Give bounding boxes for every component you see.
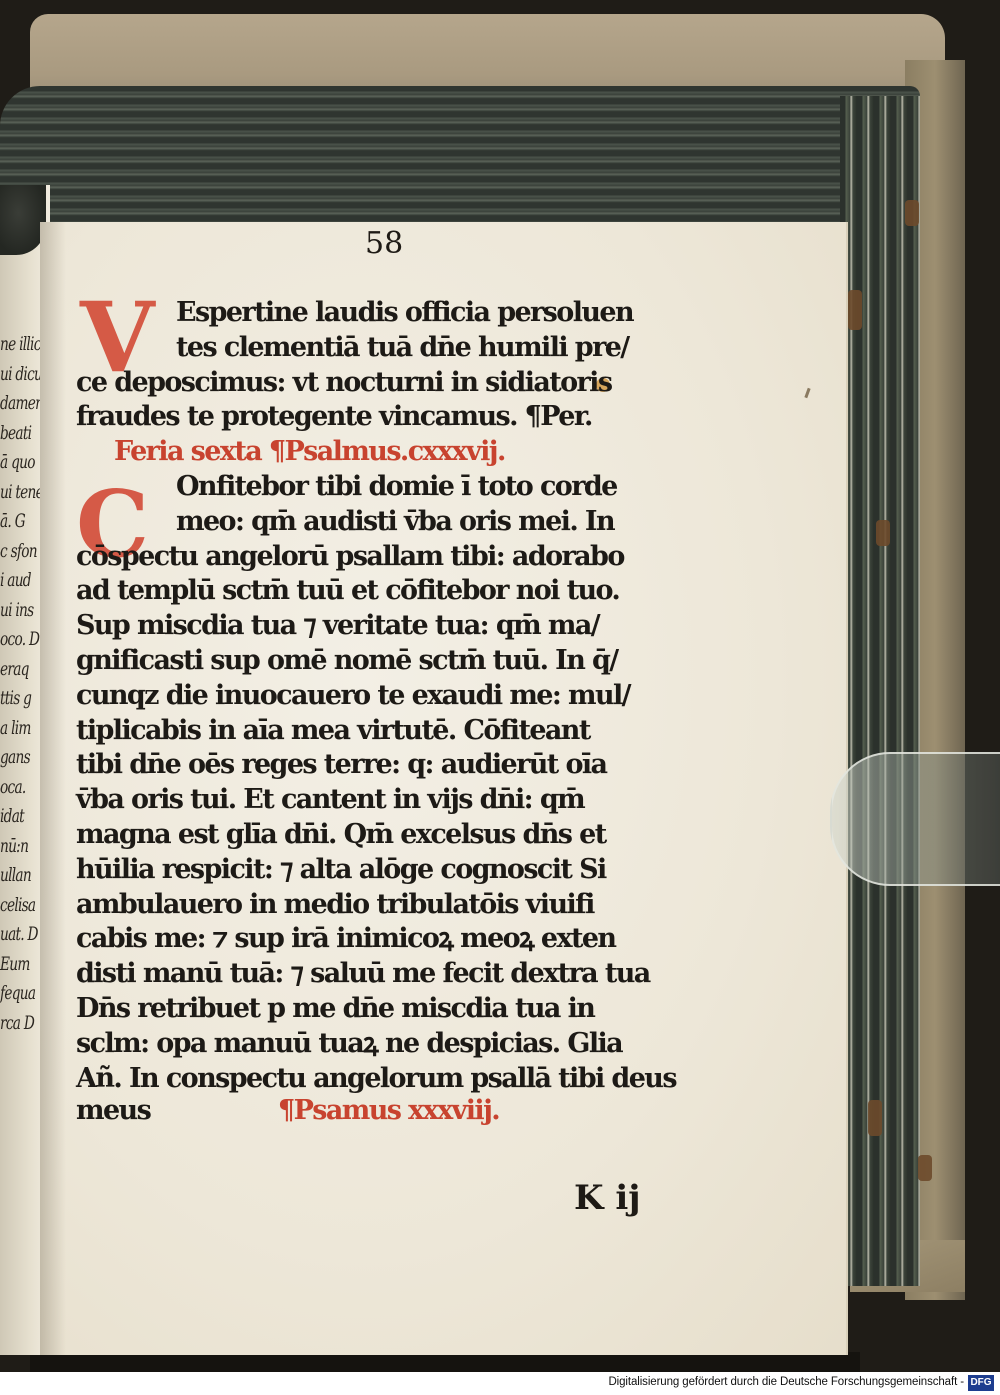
glass-clasp [830,752,1000,886]
text-line: magna est glīa dn̄i. Qm̄ excelsus dn̄s e… [76,818,706,853]
left-line: beati [0,419,35,449]
text-line: cōspectu angelorū psallam tibi: adorabo [76,540,706,575]
page-edges-top [0,86,920,226]
left-line: fequa [0,979,35,1009]
left-line: gans [0,743,35,773]
rubric-heading: Feria sexta ¶Psalmus.cxxxvij. [76,435,706,470]
left-line: idat [0,802,35,832]
page-text: Espertine laudis officia persoluen tes c… [76,296,706,1126]
folio-number: 58 [365,226,403,261]
text-line: ce deposcimus: vt nocturni in sidiatoris [76,366,706,401]
rust-stain [918,1155,932,1181]
left-line: oca. [0,773,35,803]
left-line: ui dicun [0,360,35,390]
gutter-shadow [40,222,66,1355]
text-line: sclm: opa manuū tuaꝝ ne despicias. Glia [76,1027,706,1062]
left-line: a lim [0,714,35,744]
left-line: eraq [0,655,35,685]
text-line: Espertine laudis officia persoluen [76,296,706,331]
text-line: cabis me: ⁊ sup irā inimicoꝝ meoꝝ exten [76,922,706,957]
text-line: tibi dn̄e oēs reges terre: q: audierūt o… [76,748,706,783]
left-line: Eum [0,950,35,980]
text-line: v̄ba oris tui. Et cantent in vijs dn̄i: … [76,783,706,818]
text-line: Añ. In conspectu angelorum psallā tibi d… [76,1062,706,1097]
left-line: ullan [0,861,35,891]
left-line: i aud [0,566,35,596]
footer: Digitalisierung gefördert durch die Deut… [0,1372,1000,1395]
text-word: meus [76,1095,150,1126]
page-bottom-shadow [30,1352,860,1372]
left-line: c sfon [0,537,35,567]
left-line: nū:n [0,832,35,862]
left-line: celisa [0,891,35,921]
rubric-heading: ¶Psamus xxxviij. [158,1095,499,1126]
left-line: uat. D [0,920,35,950]
left-line: oco. D [0,625,35,655]
text-line: disti manū tuā: ⁊ saluū me fecit dextra … [76,957,706,992]
text-line: meo: qm̄ audisti v̄ba oris mei. In [76,505,706,540]
text-line: fraudes te protegente vincamus. ¶Per. [76,400,706,435]
rust-stain [905,200,919,226]
left-line: rca D [0,1009,35,1039]
left-line: damen [0,389,35,419]
text-line: Dn̄s retribuet p me dn̄e miscdia tua in [76,992,706,1027]
rust-stain [848,290,862,330]
text-line: gnificasti sup omē nomē sctm̄ tuū. In q̄… [76,644,706,679]
book-scan: ne illic ui dicun damen beati ā quo ui t… [0,0,1000,1372]
text-line: Sup miscdia tua ⁊ veritate tua: qm̄ ma/ [76,609,706,644]
rust-stain [876,520,890,546]
left-line: ttis g [0,684,35,714]
text-line: cunqz die inuocauero te exaudi me: mul/ [76,679,706,714]
left-line: ā quo [0,448,35,478]
text-line: meus ¶Psamus xxxviij. [76,1096,706,1126]
left-line: ui ins [0,596,35,626]
rust-stain [868,1100,882,1136]
left-line: ā. G [0,507,35,537]
text-line: ambulauero in medio tribulatōis viuifi [76,888,706,923]
dfg-logo-icon: DFG [968,1375,994,1391]
text-line: ad templū sctm̄ tuū et cōfitebor noi tuo… [76,574,706,609]
text-line: tiplicabis in aīa mea virtutē. Cōfiteant [76,714,706,749]
text-line: hūilia respicit: ⁊ alta alōge cognoscit … [76,853,706,888]
funding-credit: Digitalisierung gefördert durch die Deut… [608,1376,964,1388]
signature-mark: K ij [574,1178,641,1218]
text-line: tes clementiā tuā dn̄e humili pre/ [76,331,706,366]
left-line: ui tenel [0,478,35,508]
text-line: Onfitebor tibi domie ī toto corde [76,470,706,505]
left-line: ne illic [0,330,35,360]
